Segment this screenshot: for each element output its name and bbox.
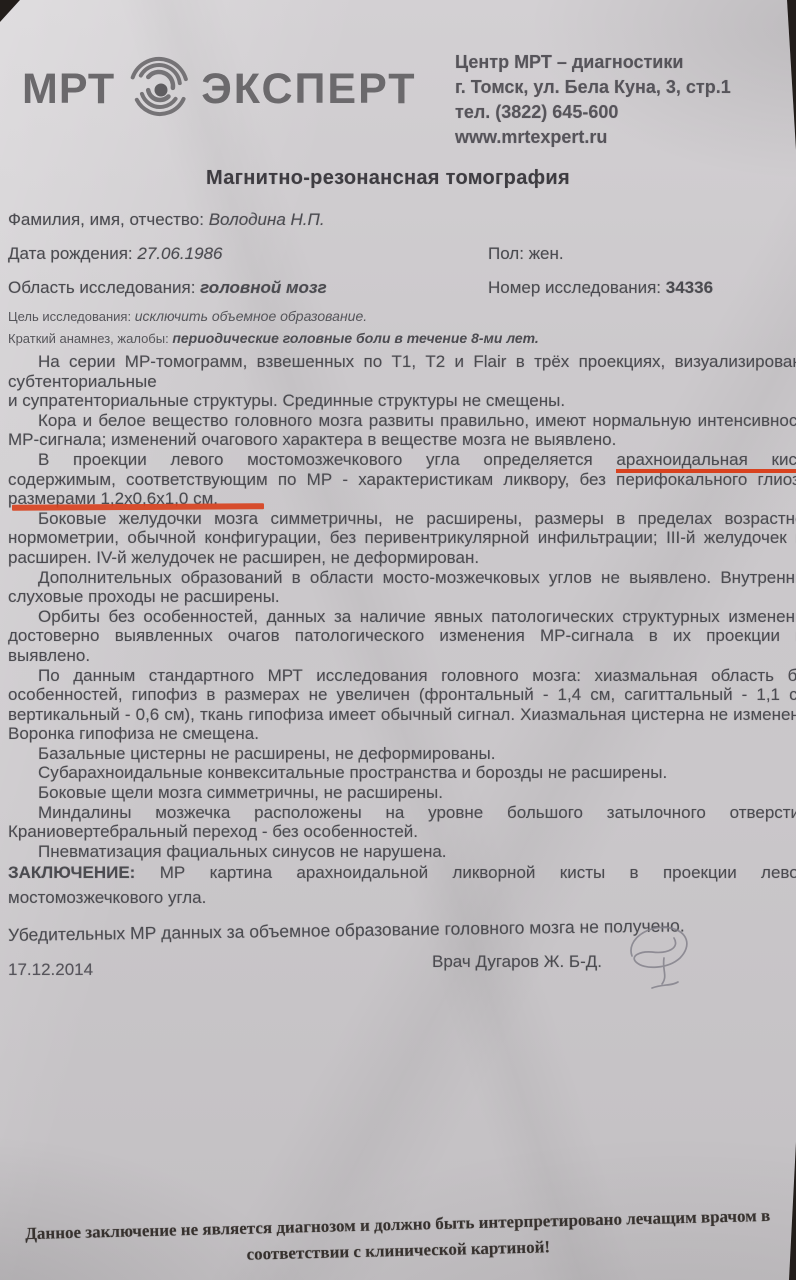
patient-name-row: Фамилия, имя, отчество: Володина Н.П. [8, 210, 325, 230]
purpose-value: исключить объемное образование. [135, 308, 367, 324]
report-line: Боковые щели мозга симметричны, не расши… [8, 783, 796, 803]
sex-label: Пол: [488, 244, 524, 263]
conclusion-text: МР картина арахноидальной ликворной кист… [160, 863, 796, 882]
contact-line: г. Томск, ул. Бела Куна, 3, стр.1 [455, 75, 731, 100]
report-line: особенностей, гипофиз в размерах не увел… [8, 685, 796, 705]
anamnesis-label: Краткий анамнез, жалобы: [8, 331, 169, 346]
clinic-contact-block: Центр МРТ – диагностики г. Томск, ул. Бе… [455, 50, 731, 150]
report-line: слуховые проходы не расширены. [8, 587, 796, 607]
name-value: Володина Н.П. [209, 210, 325, 229]
contact-website: www.mrtexpert.ru [455, 125, 731, 150]
logo-text-mrt: МРТ [22, 65, 115, 114]
name-label: Фамилия, имя, отчество: [8, 210, 204, 229]
report-line: Субарахноидальные конвекситальные простр… [8, 763, 796, 783]
report-line: Орбиты без особенностей, данных за налич… [8, 607, 796, 627]
doctor-name: Врач Дугаров Ж. Б-Д. [432, 952, 602, 972]
report-line: Боковые желудочки мозга симметричны, не … [8, 509, 796, 529]
report-line: Пневматизация фациальных синусов не нару… [8, 842, 796, 862]
report-line: Краниовертебральный переход - без особен… [8, 822, 796, 842]
report-line: расширен. IV-й желудочек не расширен, не… [8, 548, 796, 568]
summary-line: Убедительных МР данных за объемное образ… [8, 915, 708, 946]
doctor-signature [618, 918, 708, 1003]
report-line: Кора и белое вещество головного мозга ра… [8, 411, 796, 431]
footer-disclaimer: Данное заключение не является диагнозом … [0, 1202, 796, 1273]
report-line: достоверно выявленных очагов патологичес… [8, 626, 796, 646]
sex-value: жен. [529, 244, 564, 263]
anamnesis-row: Краткий анамнез, жалобы: периодические г… [8, 330, 539, 346]
study-number-field: Номер исследования: 34336 [488, 278, 713, 298]
sex-field: Пол: жен. [488, 244, 564, 264]
report-date: 17.12.2014 [8, 960, 93, 980]
report-line: нормометрии, обычной конфигурации, без п… [8, 528, 796, 548]
report-line: Базальные цистерны не расширены, не дефо… [8, 744, 796, 764]
report-line: Миндалины мозжечка расположены на уровне… [8, 803, 796, 823]
report-line: Дополнительных образований в области мос… [8, 568, 796, 588]
conclusion-line1: ЗАКЛЮЧЕНИЕ: МР картина арахноидальной ли… [8, 860, 796, 885]
report-line: Воронка гипофиза не смещена. [8, 724, 796, 744]
anamnesis-value: периодические головные боли в течение 8-… [172, 330, 538, 346]
conclusion-line2: мостомозжечкового угла. [8, 885, 796, 910]
purpose-label: Цель исследования: [8, 309, 131, 324]
study-area-row: Область исследования: головной мозг Номе… [8, 278, 788, 298]
conclusion-label: ЗАКЛЮЧЕНИЕ: [8, 863, 135, 882]
area-value: головной мозг [200, 278, 327, 297]
contact-line: тел. (3822) 645-600 [455, 100, 731, 125]
report-line: вертикальный - 0,6 см), ткань гипофиза и… [8, 705, 796, 725]
purpose-row: Цель исследования: исключить объемное об… [8, 308, 367, 324]
dob-row: Дата рождения: 27.06.1986 Пол: жен. [8, 244, 788, 264]
document-photo: МРТ ЭКСПЕРТ Центр МРТ – диагностики г. Т… [0, 0, 796, 1280]
contact-line: Центр МРТ – диагностики [455, 50, 731, 75]
dob-value: 27.06.1986 [137, 244, 222, 263]
report-line: выявлено. [8, 646, 796, 666]
paper-sheet: МРТ ЭКСПЕРТ Центр МРТ – диагностики г. Т… [0, 0, 796, 1280]
report-body: На серии МР-томограмм, взвешенных по Т1,… [8, 352, 796, 861]
report-line: и супратенториальные структуры. Срединны… [8, 391, 796, 411]
area-label: Область исследования: [8, 278, 195, 297]
study-number-value: 34336 [666, 278, 713, 297]
dob-label: Дата рождения: [8, 244, 133, 263]
report-line: МР-сигнала; изменений очагового характер… [8, 430, 796, 450]
report-line: содержимым, соответствующим по МР - хара… [8, 470, 796, 490]
spiral-disc-icon [123, 50, 195, 122]
report-line: На серии МР-томограмм, взвешенных по Т1,… [8, 352, 796, 391]
report-line: По данным стандартного МРТ исследования … [8, 666, 796, 686]
clinic-logo: МРТ ЭКСПЕРТ [22, 50, 417, 128]
document-title: Магнитно-резонансная томография [0, 167, 776, 190]
report-line: В проекции левого мостомозжечкового угла… [8, 450, 796, 470]
conclusion-block: ЗАКЛЮЧЕНИЕ: МР картина арахноидальной ли… [8, 860, 796, 910]
study-number-label: Номер исследования: [488, 278, 661, 297]
disc-center-dot [155, 84, 168, 97]
logo-text-expert: ЭКСПЕРТ [201, 65, 416, 114]
report-line: размерами 1,2х0,6х1,0 см. [8, 489, 796, 509]
